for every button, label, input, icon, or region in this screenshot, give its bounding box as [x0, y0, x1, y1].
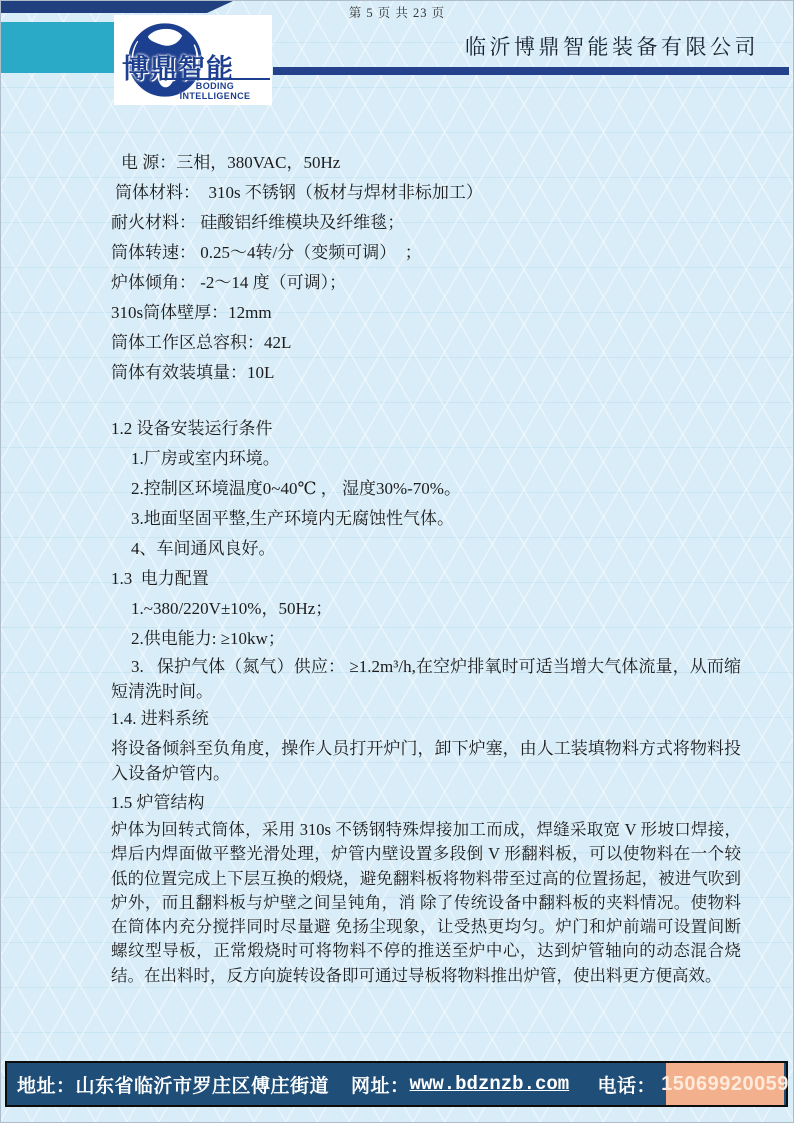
section-heading-1-5: 1.5 炉管结构: [111, 788, 741, 818]
spec-line-tilt-angle: 炉体倾角： -2～14 度（可调）；: [111, 268, 741, 298]
website-label: 网址：: [351, 1071, 410, 1098]
footer-address: 地址：山东省临沂市罗庄区傅庄街道: [17, 1071, 329, 1098]
company-logo: 博鼎智能 BODING INTELLIGENCE: [114, 15, 272, 105]
document-body: 电 源：三相，380VAC，50Hz 筒体材料： 310s 不锈钢（板材与焊材非…: [111, 148, 741, 988]
list-item: 1.~380/220V±10%，50Hz；: [111, 594, 741, 624]
address-label: 地址：: [17, 1071, 76, 1098]
footer-bar: 地址：山东省临沂市罗庄区傅庄街道 网址：www.bdznzb.com 电话： 1…: [5, 1061, 788, 1107]
spec-line-power: 电 源：三相，380VAC，50Hz: [111, 148, 741, 178]
phone-label: 电话：: [597, 1071, 656, 1098]
list-item: 3.地面坚固平整,生产环境内无腐蚀性气体。: [111, 504, 741, 534]
list-item: 3. 保护气体（氮气）供应： ≥1.2m³/h,在空炉排氧时可适当增大气体流量，…: [111, 654, 741, 704]
section-heading-1-4: 1.4. 进料系统: [111, 704, 741, 734]
company-name: 临沂博鼎智能装备有限公司: [465, 31, 759, 61]
section-heading-1-2: 1.2 设备安装运行条件: [111, 414, 741, 444]
phone-number-badge: 15069920059: [666, 1063, 784, 1105]
address-value: 山东省临沂市罗庄区傅庄街道: [76, 1071, 330, 1098]
list-item: 1.厂房或室内环境。: [111, 444, 741, 474]
paragraph-furnace-tube: 炉体为回转式筒体，采用 310s 不锈钢特殊焊接加工而成，焊缝采取宽 V 形坡口…: [111, 818, 741, 988]
website-link[interactable]: www.bdznzb.com: [410, 1073, 570, 1095]
footer-website: 网址：www.bdznzb.com: [351, 1071, 569, 1098]
spec-line-wall-thickness: 310s筒体壁厚：12mm: [111, 298, 741, 328]
spec-line-effective-load: 筒体有效装填量：10L: [111, 358, 741, 388]
section-gap: [111, 388, 741, 414]
list-item: 2.控制区环境温度0~40℃ ， 湿度30%-70%。: [111, 474, 741, 504]
spec-line-rotation-speed: 筒体转速： 0.25～4转/分（变频可调） ；: [111, 238, 741, 268]
logo-text-en: BODING INTELLIGENCE: [160, 78, 270, 101]
section-heading-1-3: 1.3 电力配置: [111, 564, 741, 594]
list-item: 4、车间通风良好。: [111, 534, 741, 564]
paragraph-feeding-system: 将设备倾斜至负角度，操作人员打开炉门，卸下炉塞，由人工装填物料方式将物料投入设备…: [111, 736, 741, 786]
header-divider: [273, 67, 789, 75]
spec-line-drum-material: 筒体材料： 310s 不锈钢（板材与焊材非标加工）: [111, 178, 741, 208]
document-page: 第 5 页 共 23 页 博鼎智能 BODING INTELLIGENCE 临沂…: [0, 0, 794, 1123]
spec-line-total-volume: 筒体工作区总容积：42L: [111, 328, 741, 358]
list-item: 2.供电能力: ≥10kw；: [111, 624, 741, 654]
header-cyan-block: [1, 22, 114, 73]
spec-line-refractory: 耐火材料： 硅酸铝纤维模块及纤维毯；: [111, 208, 741, 238]
